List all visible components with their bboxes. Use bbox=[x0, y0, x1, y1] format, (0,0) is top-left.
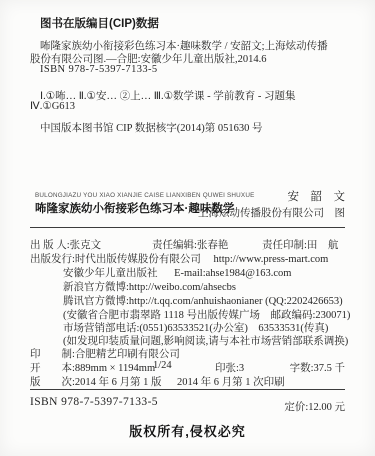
printed-sheets: 印张:3 bbox=[215, 360, 244, 375]
footer-isbn: ISBN 978-7-5397-7133-5 bbox=[30, 396, 158, 408]
divider-bottom bbox=[30, 389, 345, 390]
print-supervisor: 责任印制:田 航 bbox=[262, 237, 338, 252]
printer-row: 印 制:合肥精艺印刷有限公司 bbox=[30, 346, 345, 359]
title-pinyin: BULONGJIAZU YOU XIAO XIANJIE CAISE LIANX… bbox=[35, 192, 254, 199]
illustrator-credit: 上海炫动传播股份有限公司 图 bbox=[198, 205, 345, 220]
edition-row: 版 次:2014 年 6 月第 1 版 2014 年 6 月第 1 次印刷 bbox=[30, 374, 345, 387]
cip-classification-line-1: Ⅰ.①咘… Ⅱ.①安… ②上… Ⅲ.①数学课 - 学前教育 - 习题集 bbox=[40, 88, 296, 103]
cip-heading: 图书在版编目(CIP)数据 bbox=[40, 15, 159, 31]
format-fraction: 1/24 bbox=[153, 360, 172, 371]
copyright-page: 图书在版编目(CIP)数据 咘隆家族幼小衔接彩色练习本·趣味数学 / 安韶文;上… bbox=[0, 0, 375, 456]
book-format: 开 本:889mm × 1194mm bbox=[30, 363, 155, 374]
publisher-website: http://www.press-mart.com bbox=[214, 254, 329, 265]
quality-note-row: (如发现印装质量问题,影响阅读,请与本社市场营销部联系调换) bbox=[30, 333, 345, 346]
publisher-person-row: 出 版 人:张克文 责任编辑:张春艳 责任印制:田 航 bbox=[30, 237, 345, 250]
price: 定价:12.00 元 bbox=[284, 399, 345, 414]
divider-top bbox=[30, 227, 345, 228]
cip-isbn: ISBN 978-7-5397-7133-5 bbox=[40, 64, 158, 75]
word-count: 字数:37.5 千 bbox=[290, 360, 345, 375]
distributor: 出版发行:时代出版传媒股份有限公司 bbox=[30, 254, 201, 265]
author-name: 安 韶 文 bbox=[288, 188, 346, 204]
sina-weibo-row: 新浪官方微博:http://weibo.com/ahsecbs bbox=[30, 279, 345, 292]
marketing-phone-row: 市场营销部电话:(0551)63533521(办公室) 63533531(传真) bbox=[30, 320, 345, 333]
edition: 版 次:2014 年 6 月第 1 版 bbox=[30, 377, 162, 388]
distributor-row: 出版发行:时代出版传媒股份有限公司 http://www.press-mart.… bbox=[30, 251, 345, 264]
press-name: 安徽少年儿童出版社 bbox=[63, 268, 158, 279]
publisher-person: 出 版 人:张克文 bbox=[30, 240, 101, 251]
press-row: 安徽少年儿童出版社 E-mail:ahse1984@163.com bbox=[30, 265, 345, 278]
printer: 印 制:合肥精艺印刷有限公司 bbox=[30, 349, 180, 360]
copyright-notice: 版权所有,侵权必究 bbox=[0, 421, 375, 440]
cip-classification-line-2: Ⅳ.①G613 bbox=[30, 100, 75, 112]
responsible-editor: 责任编辑:张春艳 bbox=[152, 237, 228, 252]
impression: 2014 年 6 月第 1 次印刷 bbox=[177, 374, 285, 389]
format-row: 开 本:889mm × 1194mm 1/24 印张:3 字数:37.5 千 bbox=[30, 360, 345, 373]
press-email: E-mail:ahse1984@163.com bbox=[174, 268, 291, 279]
qq-weibo-row: 腾讯官方微博:http://t.qq.com/anhuishaonianer (… bbox=[30, 293, 345, 306]
address-row: (安徽省合肥市翡翠路 1118 号出版传媒广场 邮政编码:230071) bbox=[30, 307, 345, 320]
cip-record-number: 中国版本图书馆 CIP 数据核字(2014)第 051630 号 bbox=[40, 120, 262, 135]
qq-weibo: 腾讯官方微博:http://t.qq.com/anhuishaonianer (… bbox=[63, 296, 343, 307]
sina-weibo: 新浪官方微博:http://weibo.com/ahsecbs bbox=[63, 282, 236, 293]
